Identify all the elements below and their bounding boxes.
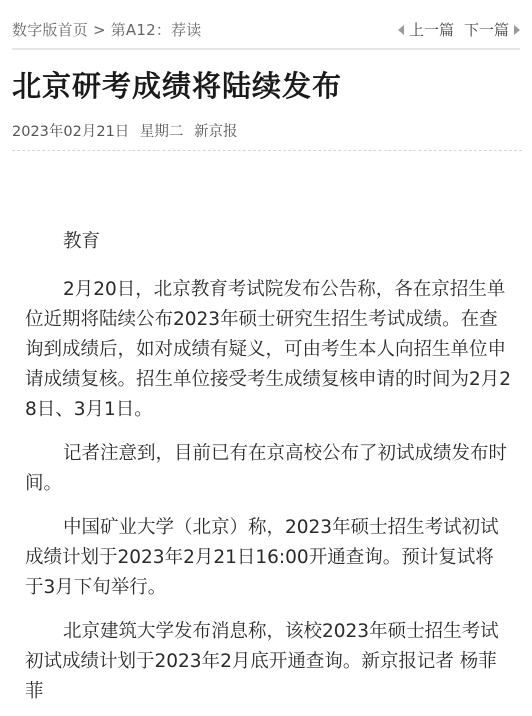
breadcrumb-section-link[interactable]: 第A12：荐读: [111, 21, 202, 39]
article-paragraph: 2月20日，北京教育考试院发布公告称，各在京招生单位近期将陆续公布2023年硕士…: [25, 275, 512, 425]
publish-date: 2023年02月21日: [12, 124, 129, 140]
article-meta: 2023年02月21日 星期二 新京报: [12, 120, 238, 141]
article-paragraph: 中国矿业大学（北京）称，2023年硕士招生考试初试成绩计划于2023年2月21日…: [25, 513, 512, 603]
section-label: 教育: [25, 227, 512, 257]
article-title: 北京研考成绩将陆续发布: [12, 64, 342, 105]
publication-source: 新京报: [194, 124, 238, 140]
triangle-left-icon[interactable]: [398, 25, 404, 35]
article-paragraph: 北京建筑大学发布消息称，该校2023年硕士招生考试初试成绩计划于2023年2月底…: [25, 617, 512, 707]
breadcrumb: 数字版首页 > 第A12：荐读: [12, 19, 201, 40]
article-navigation: 上一篇 下一篇: [398, 19, 520, 40]
publish-weekday: 星期二: [140, 124, 184, 140]
breadcrumb-separator: >: [93, 21, 106, 39]
breadcrumb-home-link[interactable]: 数字版首页: [12, 21, 88, 39]
triangle-right-icon[interactable]: [514, 25, 520, 35]
previous-article-link[interactable]: 上一篇: [409, 19, 454, 40]
next-article-link[interactable]: 下一篇: [464, 19, 509, 40]
article-paragraph: 记者注意到，目前已有在京高校公布了初试成绩发布时间。: [25, 439, 512, 499]
meta-divider: [12, 150, 522, 151]
article-body: 教育 2月20日，北京教育考试院发布公告称，各在京招生单位近期将陆续公布2023…: [25, 227, 512, 716]
top-bar: 数字版首页 > 第A12：荐读 上一篇 下一篇: [12, 0, 520, 50]
